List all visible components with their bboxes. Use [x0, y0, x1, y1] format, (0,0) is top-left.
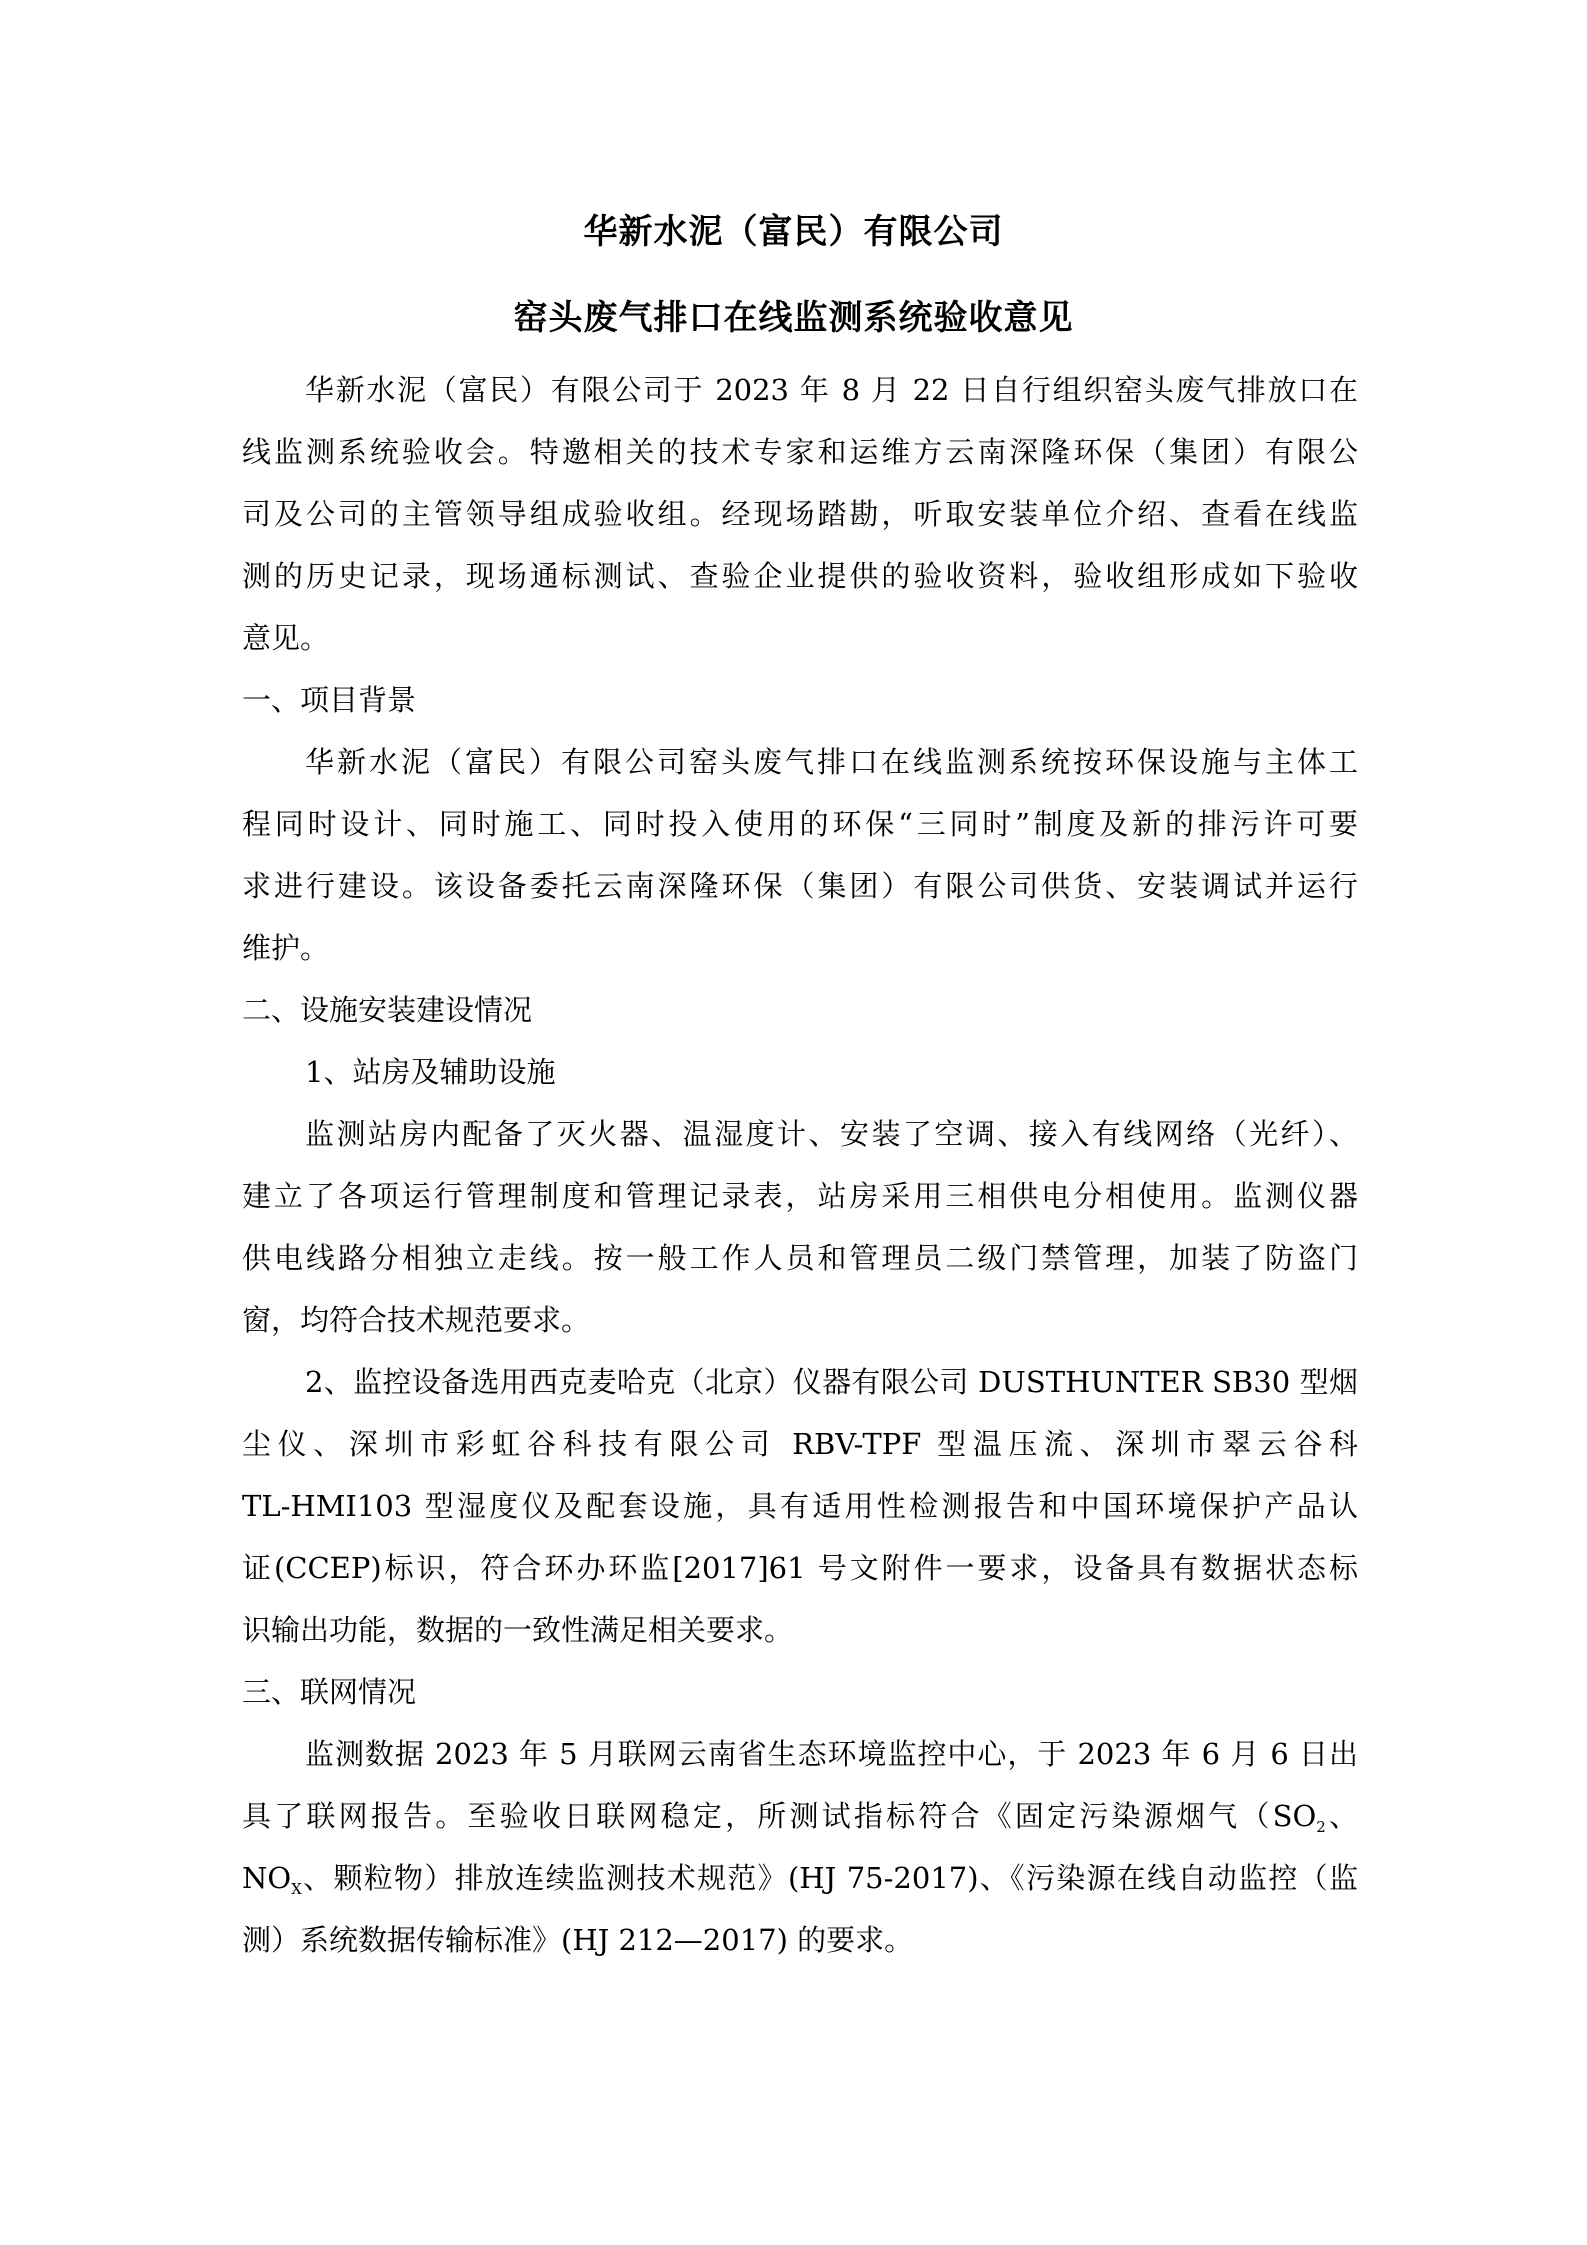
subsection2-line-3: TL-HMI103 型湿度仪及配套设施，具有适用性检测报告和中国环境保护产品认 — [242, 1486, 1358, 1526]
section1-line-2: 程同时设计、同时施工、同时投入使用的环保“三同时”制度及新的排污许可要 — [242, 804, 1358, 844]
intro-line-2: 线监测系统验收会。特邀相关的技术专家和运维方云南深隆环保（集团）有限公 — [242, 432, 1358, 472]
intro-line-1: 华新水泥（富民）有限公司于 2023 年 8 月 22 日自行组织窑头废气排放口… — [305, 370, 1358, 410]
subsection1-line-2: 建立了各项运行管理制度和管理记录表，站房采用三相供电分相使用。监测仪器 — [242, 1176, 1358, 1216]
section3-line-2: 具了联网报告。至验收日联网稳定，所测试指标符合《固定污染源烟气（SO2、 — [242, 1796, 1358, 1836]
document-page: 华新水泥（富民）有限公司 窑头废气排口在线监测系统验收意见 华新水泥（富民）有限… — [0, 0, 1587, 2245]
section1-line-4: 维护。 — [242, 928, 1358, 968]
subsection1-line-3: 供电线路分相独立走线。按一般工作人员和管理员二级门禁管理，加装了防盗门 — [242, 1238, 1358, 1278]
subsection2-line-5: 识输出功能，数据的一致性满足相关要求。 — [242, 1610, 1358, 1650]
subsection2-line-2: 尘仪、深圳市彩虹谷科技有限公司 RBV-TPF 型温压流、深圳市翠云谷科 — [242, 1424, 1358, 1464]
section3-line-2-text: 具了联网报告。至验收日联网稳定，所测试指标符合《固定污染源烟气（SO — [242, 1799, 1316, 1833]
section-heading-facility-installation: 二、设施安装建设情况 — [242, 990, 1358, 1030]
section1-line-1: 华新水泥（富民）有限公司窑头废气排口在线监测系统按环保设施与主体工 — [305, 742, 1358, 782]
section3-line-3: NOX、颗粒物）排放连续监测技术规范》(HJ 75-2017)、《污染源在线自动… — [242, 1858, 1358, 1898]
nox-text: NO — [242, 1861, 291, 1895]
subsection1-line-1: 监测站房内配备了灭火器、温湿度计、安装了空调、接入有线网络（光纤）、 — [305, 1114, 1358, 1154]
document-title: 华新水泥（富民）有限公司 — [0, 212, 1587, 252]
section3-line-1: 监测数据 2023 年 5 月联网云南省生态环境监控中心，于 2023 年 6 … — [305, 1734, 1358, 1774]
intro-line-3: 司及公司的主管领导组成验收组。经现场踏勘，听取安装单位介绍、查看在线监 — [242, 494, 1358, 534]
section1-line-3: 求进行建设。该设备委托云南深隆环保（集团）有限公司供货、安装调试并运行 — [242, 866, 1358, 906]
subsection2-line-4: 证(CCEP)标识，符合环办环监[2017]61 号文附件一要求，设备具有数据状… — [242, 1548, 1358, 1588]
subsection2-line-1: 2、监控设备选用西克麦哈克（北京）仪器有限公司 DUSTHUNTER SB30 … — [305, 1362, 1358, 1402]
intro-line-5: 意见。 — [242, 618, 1358, 658]
intro-line-4: 测的历史记录，现场通标测试、查验企业提供的验收资料，验收组形成如下验收 — [242, 556, 1358, 596]
document-subtitle: 窑头废气排口在线监测系统验收意见 — [0, 298, 1587, 338]
section-heading-project-background: 一、项目背景 — [242, 680, 1358, 720]
section3-line-4: 测）系统数据传输标准》(HJ 212—2017) 的要求。 — [242, 1920, 1358, 1960]
section3-line-3-text: 、颗粒物）排放连续监测技术规范》(HJ 75-2017)、《污染源在线自动监控（… — [302, 1861, 1358, 1895]
section-heading-networking: 三、联网情况 — [242, 1672, 1358, 1712]
nox-subscript: X — [291, 1880, 302, 1898]
so2-subscript: 2 — [1316, 1818, 1326, 1836]
so2-punct: 、 — [1326, 1799, 1358, 1833]
subsection1-line-4: 窗，均符合技术规范要求。 — [242, 1300, 1358, 1340]
subsection-heading-station-room: 1、站房及辅助设施 — [305, 1052, 1358, 1092]
